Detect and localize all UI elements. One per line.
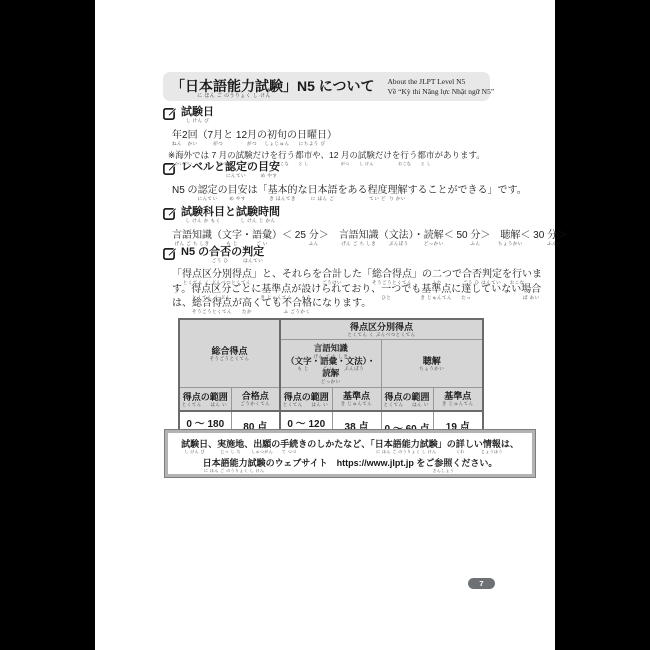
table-col-minimum-listening: 基準点き じゅんてん	[433, 387, 483, 411]
section-exam-date-note: ※海外かいがいでは 7 月がつの試験し けんだけを行おこなう都市と しや、12 …	[168, 149, 548, 161]
info-line-1: 試験日し けん び、実施地じっ し ち、出願しゅつがんの手続て つづきのしかたな…	[168, 439, 532, 449]
memo-pencil-icon	[163, 206, 177, 220]
memo-pencil-icon	[163, 106, 177, 120]
table-col-minimum-language: 基準点き じゅんてん	[332, 387, 381, 411]
book-page: 「日本語能力試験に ほん ご のうりょく し けん」N5 について About …	[95, 0, 555, 650]
table-col-range-total: 得点とくてんの範囲はん い	[179, 387, 231, 411]
table-header-language: 言語知識げん ご ち しき（文字も じ・語彙ご い・文法ぶんぽう）・読解どっかい	[280, 340, 381, 388]
section-exam-date-heading: 試験日し けん び	[163, 106, 548, 120]
table-header-breakdown: 得点区分別得点とくてん く ぶんべつとくてん	[280, 319, 483, 340]
section-level-criteria-body: N5 の認定にんていの目安め やすは「基本的き ほんてきな日本語に ほん ごをあ…	[172, 183, 548, 198]
section-level-criteria-heading: レベルと認定にんていの目安め やす	[163, 161, 548, 175]
page-subtitle: About the JLPT Level N5 Về “Kỳ thi Năng …	[388, 77, 495, 96]
scan-margin-left	[0, 0, 95, 650]
section-subjects-time: 試験科目し けん か もくと試験時間し けん じ かん 言語知識げん ご ち し…	[163, 206, 548, 243]
section-subjects-time-body: 言語知識げん ご ち しき（文字も じ・語彙ご い）＜ 25 分ふん＞ 言語知識…	[172, 228, 548, 243]
page-title-box: 「日本語能力試験に ほん ご のうりょく し けん」N5 について About …	[163, 72, 490, 101]
subtitle-vietnamese: Về “Kỳ thi Năng lực Nhật ngữ N5”	[388, 87, 495, 97]
page-number-badge: 7	[468, 578, 495, 589]
table-col-range-language: 得点とくてんの範囲はん い	[280, 387, 332, 411]
table-col-pass: 合格点ごうかくてん	[231, 387, 280, 411]
section-pass-fail-body: 「得点区分別得点とくてん く ぶんべつとくてん」と、それらを合計ごうけいした「総…	[172, 268, 547, 312]
heading-text: 試験日し けん び	[181, 106, 214, 118]
scan-margin-right	[555, 0, 650, 650]
table-header-total-score: 総合得点そうごうとくてん	[179, 319, 280, 387]
info-line-2: 日本語能力試験に ほん ご のうりょく し けんのウェブサイト https://…	[168, 458, 532, 468]
section-exam-date: 試験日し けん び 年ねん2回かい（7月がつと 12月がつの初旬しょじゅんの日曜…	[163, 106, 548, 161]
heading-text: 試験科目し けん か もくと試験時間し けん じ かん	[181, 206, 280, 218]
section-pass-fail-heading: N5 の合否ごう ひの判定はんてい	[163, 246, 548, 260]
table-col-range-listening: 得点とくてんの範囲はん い	[381, 387, 433, 411]
section-level-criteria: レベルと認定にんていの目安め やす N5 の認定にんていの目安め やすは「基本的…	[163, 161, 548, 198]
page-title: 「日本語能力試験に ほん ご のうりょく し けん」N5 について	[171, 79, 375, 95]
subtitle-english: About the JLPT Level N5	[388, 77, 495, 87]
memo-pencil-icon	[163, 246, 177, 260]
section-exam-date-body: 年ねん2回かい（7月がつと 12月がつの初旬しょじゅんの日曜日にちよう び）	[172, 128, 548, 143]
table-header-listening: 聴解ちょうかい	[381, 340, 483, 388]
section-subjects-time-heading: 試験科目し けん か もくと試験時間し けん じ かん	[163, 206, 548, 220]
section-pass-fail: N5 の合否ごう ひの判定はんてい 「得点区分別得点とくてん く ぶんべつとくて…	[163, 246, 548, 312]
memo-pencil-icon	[163, 161, 177, 175]
heading-text: N5 の合否ごう ひの判定はんてい	[181, 246, 264, 258]
website-info-box: 試験日し けん び、実施地じっ し ち、出願しゅつがんの手続て つづきのしかたな…	[165, 430, 535, 477]
heading-text: レベルと認定にんていの目安め やす	[181, 161, 280, 173]
